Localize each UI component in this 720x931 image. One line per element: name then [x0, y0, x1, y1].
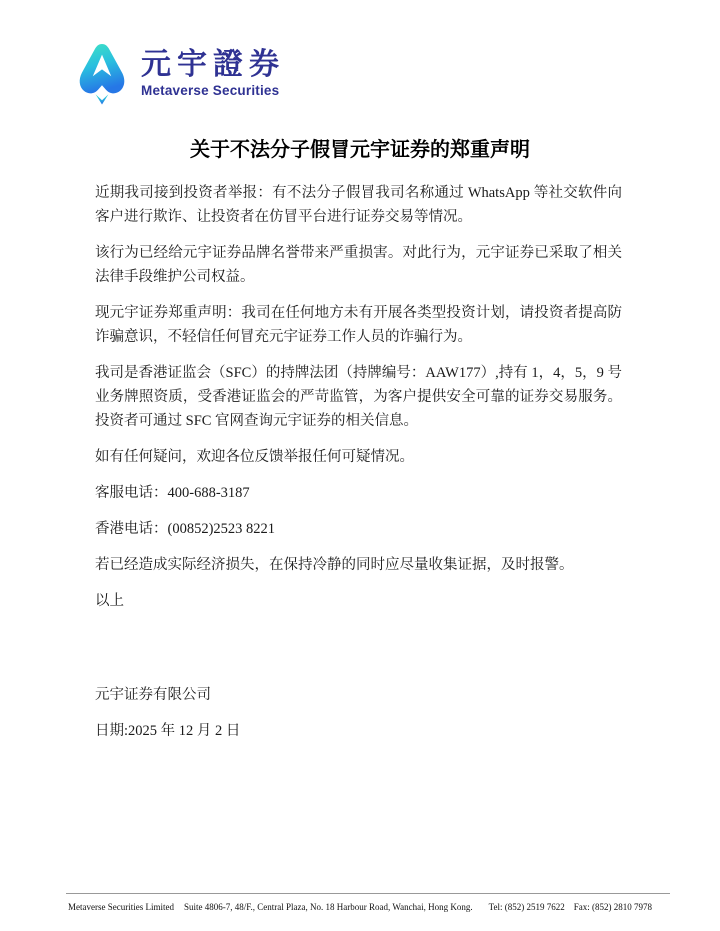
logo-cjk-name: 元宇證券	[141, 49, 285, 81]
paragraph-feedback: 如有任何疑问，欢迎各位反馈举报任何可疑情况。	[95, 445, 622, 469]
paragraph-report: 近期我司接到投资者举报：有不法分子假冒我司名称通过 WhatsApp 等社交软件…	[95, 181, 622, 229]
footer-tel: Tel: (852) 2519 7622	[489, 902, 565, 912]
company-signature: 元宇证券有限公司	[95, 683, 622, 707]
loss-advice-line: 若已经造成实际经济损失，在保持冷静的同时应尽量收集证据，及时报警。	[95, 553, 622, 577]
footer-address: Suite 4806-7, 48/F., Central Plaza, No. …	[184, 902, 473, 912]
footer-company-name: Metaverse Securities Limited	[68, 902, 174, 912]
statement-date: 日期:2025 年 12 月 2 日	[95, 719, 622, 743]
hongkong-phone-line: 香港电话：(00852)2523 8221	[95, 517, 622, 541]
statement-page: 元宇證券 Metaverse Securities 关于不法分子假冒元宇证券的郑…	[0, 0, 720, 931]
page-footer: Metaverse Securities LimitedSuite 4806-7…	[24, 901, 696, 913]
company-logo: 元宇證券 Metaverse Securities	[78, 42, 285, 106]
statement-title: 关于不法分子假冒元宇证券的郑重声明	[0, 137, 720, 163]
footer-divider	[66, 893, 670, 894]
service-phone-line: 客服电话：400-688-3187	[95, 481, 622, 505]
footer-fax: Fax: (852) 2810 7978	[574, 902, 652, 912]
logo-droplet-icon	[78, 42, 126, 106]
logo-wordmark: 元宇證券 Metaverse Securities	[141, 42, 285, 98]
logo-en-name: Metaverse Securities	[141, 83, 285, 98]
closing-remark: 以上	[95, 589, 622, 613]
statement-body: 近期我司接到投资者举报：有不法分子假冒我司名称通过 WhatsApp 等社交软件…	[95, 181, 622, 743]
paragraph-brand-damage: 该行为已经给元宇证券品牌名誉带来严重损害。对此行为，元宇证券已采取了相关法律手段…	[95, 241, 622, 289]
paragraph-sfc-license: 我司是香港证监会（SFC）的持牌法团（持牌编号：AAW177）,持有 1，4，5…	[95, 361, 622, 433]
paragraph-declaration: 现元宇证券郑重声明：我司在任何地方未有开展各类型投资计划，请投资者提高防诈骗意识…	[95, 301, 622, 349]
